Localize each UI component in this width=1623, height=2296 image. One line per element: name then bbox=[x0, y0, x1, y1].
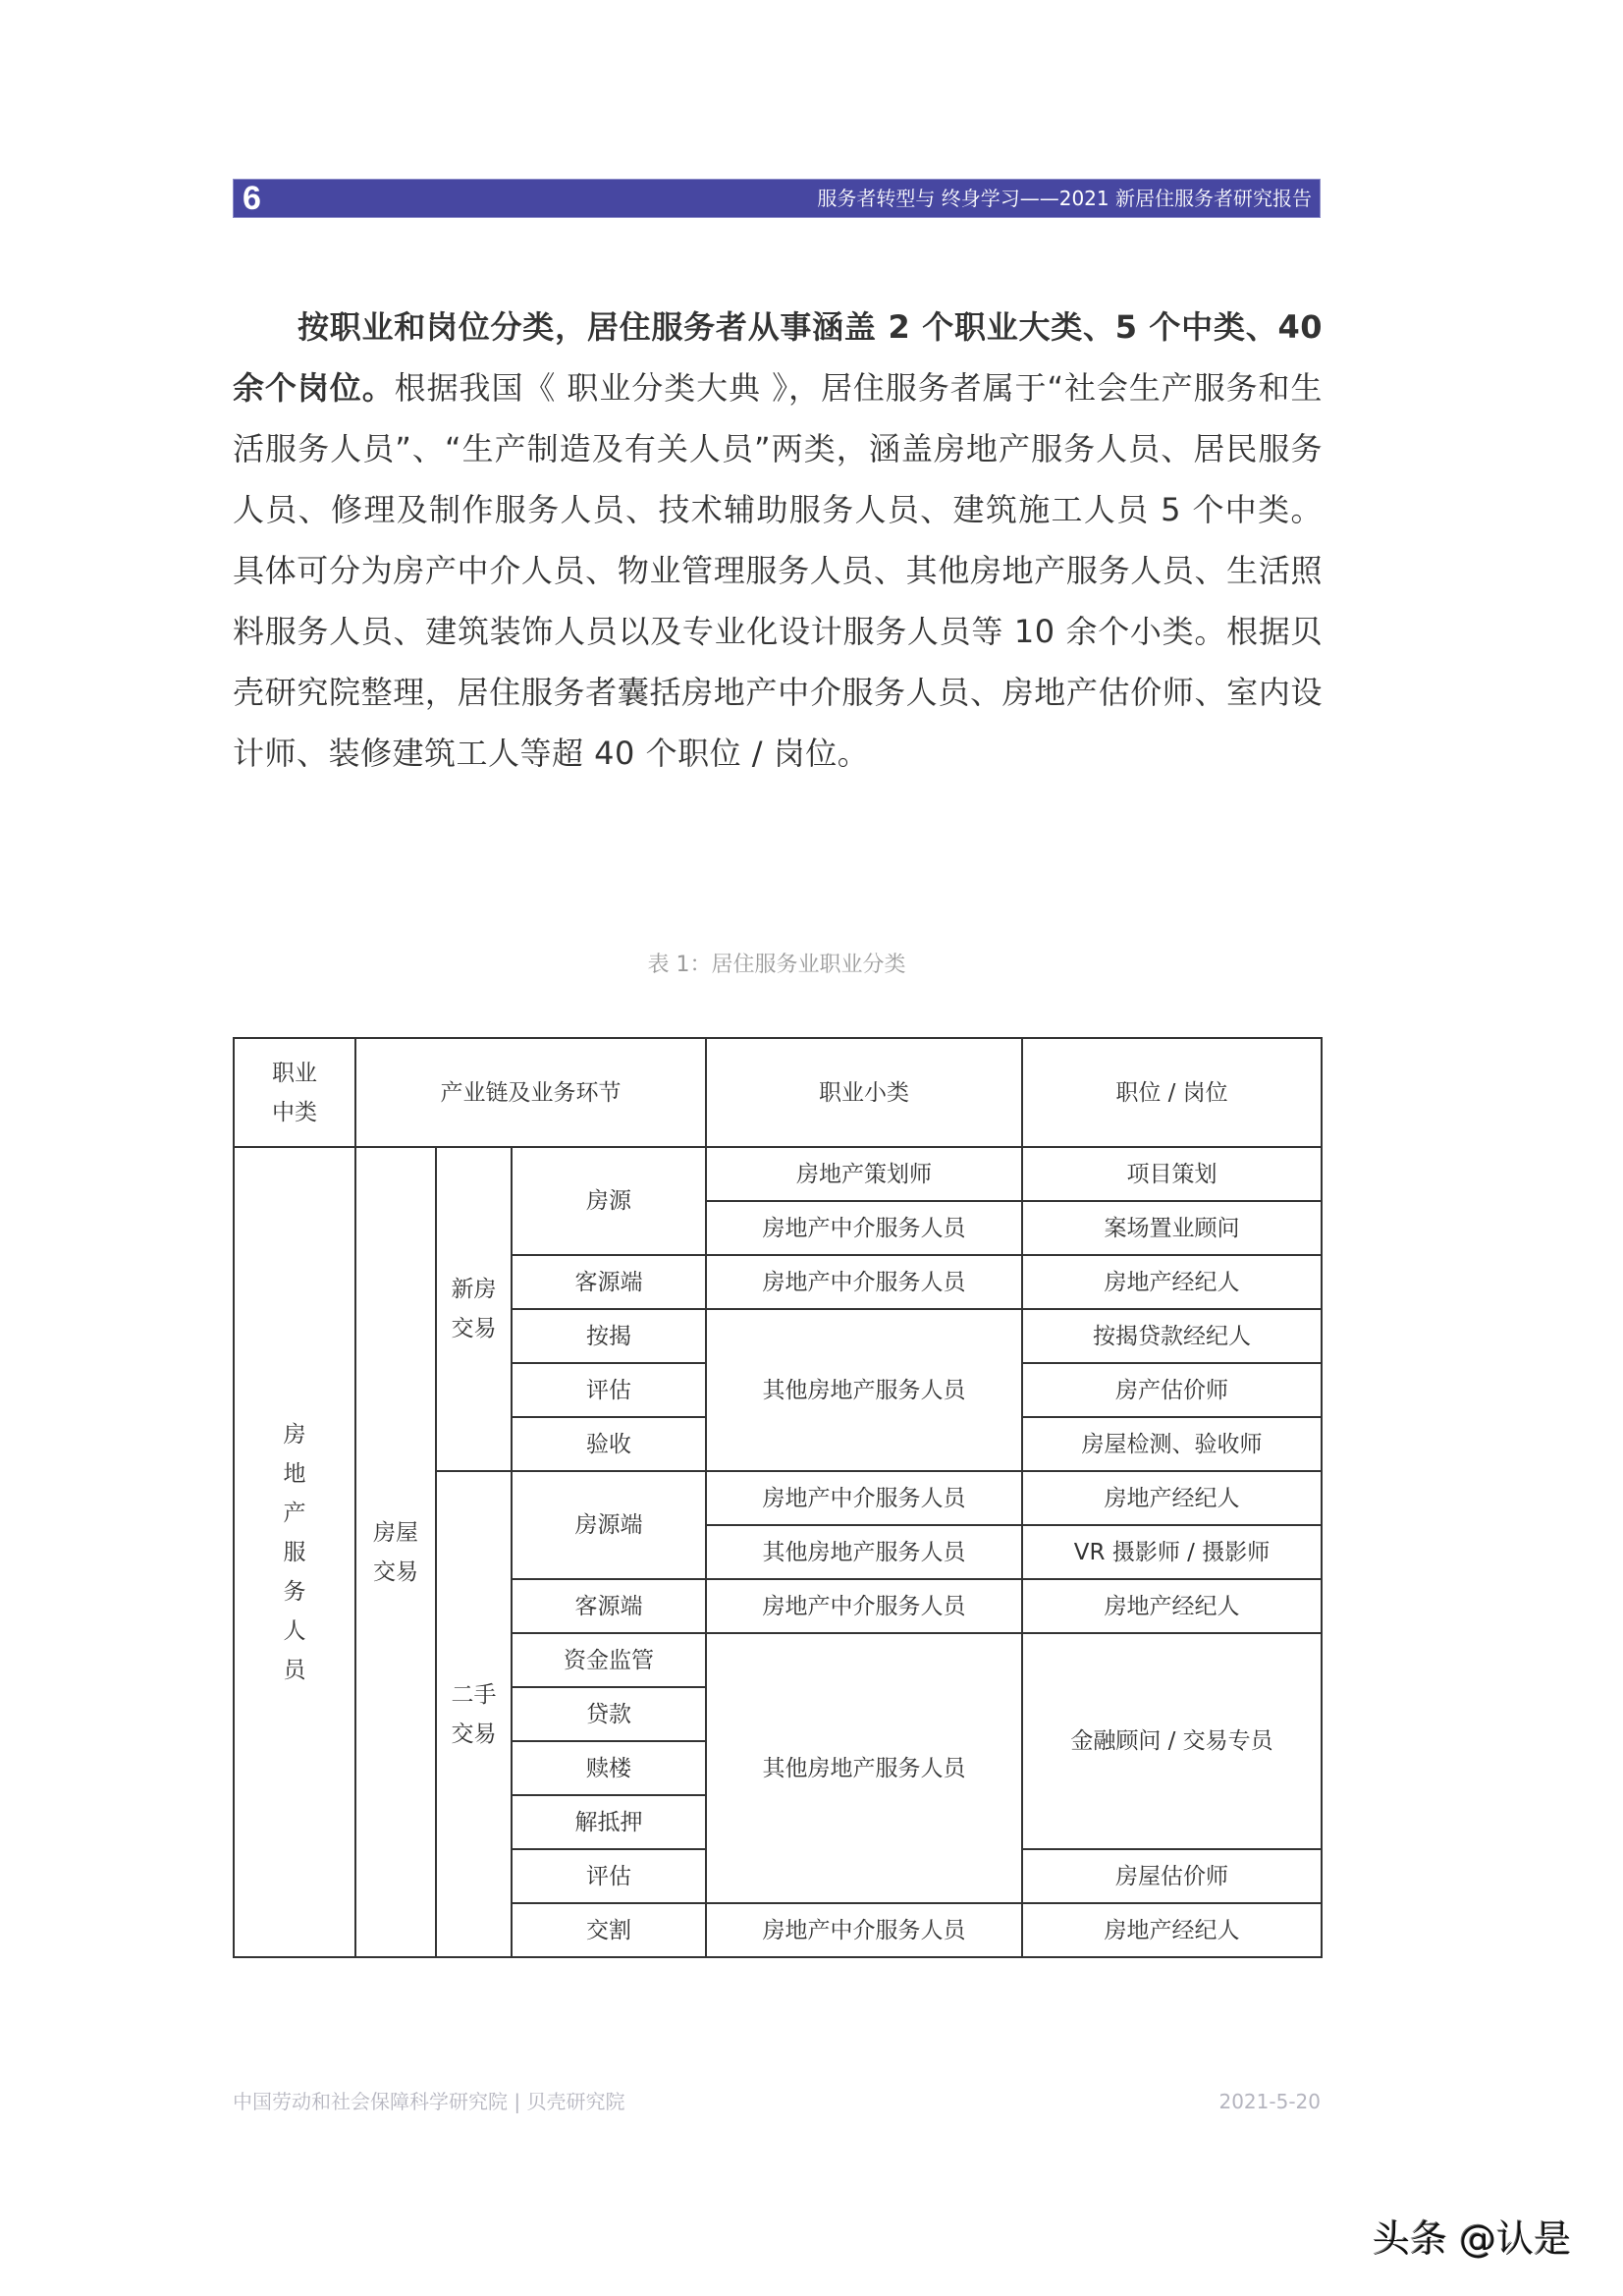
stage-cell: 客源端 bbox=[512, 1255, 706, 1309]
stage-cell: 交割 bbox=[512, 1903, 706, 1957]
sub-category-cell: 房地产中介服务人员 bbox=[706, 1201, 1022, 1255]
header-chain: 产业链及业务环节 bbox=[355, 1038, 706, 1147]
stage-cell: 评估 bbox=[512, 1363, 706, 1417]
position-cell: 案场置业顾问 bbox=[1022, 1201, 1322, 1255]
watermark: 头条 @认是 bbox=[1373, 2217, 1571, 2261]
group-new-house-cell: 新房交易 bbox=[436, 1147, 512, 1471]
body-paragraph: 按职业和岗位分类，居住服务者从事涵盖 2 个职业大类、5 个中类、40 余个岗位… bbox=[233, 297, 1323, 784]
stage-cell: 贷款 bbox=[512, 1687, 706, 1741]
sub-category-cell: 房地产中介服务人员 bbox=[706, 1471, 1022, 1525]
mid-category-cell: 房地产服务人员 bbox=[234, 1147, 355, 1957]
stage-cell: 资金监管 bbox=[512, 1633, 706, 1687]
position-cell: 房地产经纪人 bbox=[1022, 1471, 1322, 1525]
report-title: 服务者转型与 终身学习——2021 新居住服务者研究报告 bbox=[817, 180, 1312, 217]
position-cell: 房产估价师 bbox=[1022, 1363, 1322, 1417]
sub-category-cell: 其他房地产服务人员 bbox=[706, 1525, 1022, 1579]
chain-level1-cell: 房屋交易 bbox=[355, 1147, 436, 1957]
group-label: 二手交易 bbox=[450, 1675, 497, 1754]
page-number: 6 bbox=[243, 179, 261, 218]
stage-cell: 房源 bbox=[512, 1147, 706, 1255]
stage-cell: 赎楼 bbox=[512, 1741, 706, 1795]
body-text: 根据我国《 职业分类大典 》，居住服务者属于“社会生产服务和生活服务人员”、“生… bbox=[233, 369, 1323, 772]
position-cell: 项目策划 bbox=[1022, 1147, 1322, 1201]
stage-cell: 房源端 bbox=[512, 1471, 706, 1579]
header-mid-category: 职业 中类 bbox=[234, 1038, 355, 1147]
header-sub-category: 职业小类 bbox=[706, 1038, 1022, 1147]
position-cell: 房地产经纪人 bbox=[1022, 1903, 1322, 1957]
page-header-bar: 6 服务者转型与 终身学习——2021 新居住服务者研究报告 bbox=[233, 179, 1321, 218]
position-cell: 房屋检测、验收师 bbox=[1022, 1417, 1322, 1471]
position-cell: 按揭贷款经纪人 bbox=[1022, 1309, 1322, 1363]
stage-cell: 评估 bbox=[512, 1849, 706, 1903]
footer-date: 2021-5-20 bbox=[1218, 2088, 1321, 2115]
table-caption: 表 1：居住服务业职业分类 bbox=[233, 951, 1321, 980]
chain-level1-label: 房屋交易 bbox=[372, 1513, 419, 1592]
occupation-table: 职业 中类 产业链及业务环节 职业小类 职位 / 岗位 房地产服务人员 房屋交易… bbox=[233, 1037, 1323, 1958]
position-cell: VR 摄影师 / 摄影师 bbox=[1022, 1525, 1322, 1579]
table-row: 房地产服务人员 房屋交易 新房交易 房源 房地产策划师 项目策划 bbox=[234, 1147, 1322, 1201]
header-position: 职位 / 岗位 bbox=[1022, 1038, 1322, 1147]
position-cell: 房地产经纪人 bbox=[1022, 1579, 1322, 1633]
table-header-row: 职业 中类 产业链及业务环节 职业小类 职位 / 岗位 bbox=[234, 1038, 1322, 1147]
sub-category-cell: 其他房地产服务人员 bbox=[706, 1633, 1022, 1903]
sub-category-cell: 房地产策划师 bbox=[706, 1147, 1022, 1201]
group-second-hand-cell: 二手交易 bbox=[436, 1471, 512, 1957]
position-cell: 金融顾问 / 交易专员 bbox=[1022, 1633, 1322, 1849]
stage-cell: 验收 bbox=[512, 1417, 706, 1471]
sub-category-cell: 其他房地产服务人员 bbox=[706, 1309, 1022, 1471]
position-cell: 房屋估价师 bbox=[1022, 1849, 1322, 1903]
stage-cell: 客源端 bbox=[512, 1579, 706, 1633]
sub-category-cell: 房地产中介服务人员 bbox=[706, 1903, 1022, 1957]
sub-category-cell: 房地产中介服务人员 bbox=[706, 1579, 1022, 1633]
group-label: 新房交易 bbox=[450, 1270, 497, 1348]
stage-cell: 解抵押 bbox=[512, 1795, 706, 1849]
stage-cell: 按揭 bbox=[512, 1309, 706, 1363]
footer-institutions: 中国劳动和社会保障科学研究院 | 贝壳研究院 bbox=[233, 2088, 624, 2115]
sub-category-cell: 房地产中介服务人员 bbox=[706, 1255, 1022, 1309]
mid-category-label: 房地产服务人员 bbox=[282, 1415, 306, 1690]
position-cell: 房地产经纪人 bbox=[1022, 1255, 1322, 1309]
